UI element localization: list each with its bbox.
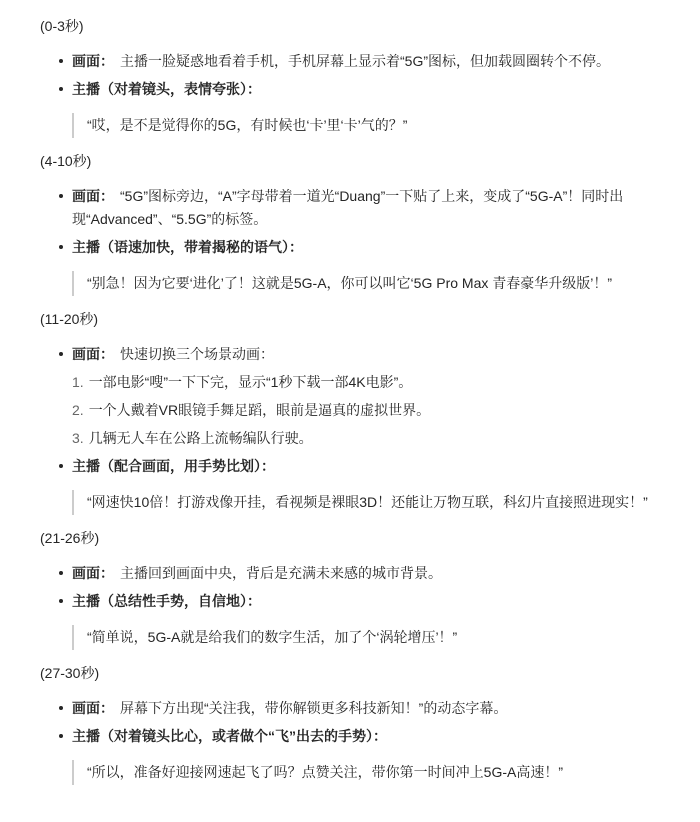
time-range: (4-10秒) (40, 150, 660, 173)
dialogue-quote: “简单说，5G-A就是给我们的数字生活，加了个‘涡轮增压’！” (72, 625, 660, 650)
screen-text: 屏幕下方出现“关注我，带你解锁更多科技新知！”的动态字幕。 (120, 700, 507, 716)
host-point: 主播（对着镜头，表情夸张）： (72, 78, 660, 101)
host-label: 主播（总结性手势，自信地）： (72, 593, 261, 609)
scene-number: 2. (72, 402, 84, 418)
screen-text: 主播一脸疑惑地看着手机，手机屏幕上显示着“5G”图标，但加载圆圈转个不停。 (120, 53, 610, 69)
script-section-3: (11-20秒) 画面：快速切换三个场景动画： 1.一部电影“嗖”一下下完，显示… (40, 308, 660, 515)
point-list: 画面：主播一脸疑惑地看着手机，手机屏幕上显示着“5G”图标，但加载圆圈转个不停。… (40, 50, 660, 101)
host-point: 主播（语速加快，带着揭秘的语气）： (72, 236, 660, 259)
dialogue-text: “网速快10倍！打游戏像开挂，看视频是裸眼3D！还能让万物互联，科幻片直接照进现… (87, 491, 660, 514)
script-document: (0-3秒) 画面：主播一脸疑惑地看着手机，手机屏幕上显示着“5G”图标，但加载… (0, 0, 700, 821)
script-section-4: (21-26秒) 画面：主播回到画面中央，背后是充满未来感的城市背景。 主播（总… (40, 527, 660, 650)
host-point: 主播（总结性手势，自信地）： (72, 590, 660, 613)
scene-item: 1.一部电影“嗖”一下下完，显示“1秒下载一部4K电影”。 (72, 371, 660, 394)
screen-point: 画面：主播回到画面中央，背后是充满未来感的城市背景。 (72, 562, 660, 585)
host-point: 主播（配合画面，用手势比划）： (72, 455, 660, 478)
dialogue-text: “哎，是不是觉得你的5G，有时候也‘卡’里‘卡’气的？” (87, 114, 660, 137)
dialogue-quote: “网速快10倍！打游戏像开挂，看视频是裸眼3D！还能让万物互联，科幻片直接照进现… (72, 490, 660, 515)
scene-number: 3. (72, 430, 84, 446)
dialogue-quote: “别急！因为它要‘进化’了！这就是5G-A，你可以叫它‘5G Pro Max 青… (72, 271, 660, 296)
dialogue-text: “简单说，5G-A就是给我们的数字生活，加了个‘涡轮增压’！” (87, 626, 660, 649)
screen-label: 画面： (72, 565, 114, 581)
dialogue-text: “别急！因为它要‘进化’了！这就是5G-A，你可以叫它‘5G Pro Max 青… (87, 272, 660, 295)
screen-label: 画面： (72, 53, 114, 69)
time-range: (27-30秒) (40, 662, 660, 685)
host-label: 主播（配合画面，用手势比划）： (72, 458, 275, 474)
dialogue-quote: “哎，是不是觉得你的5G，有时候也‘卡’里‘卡’气的？” (72, 113, 660, 138)
host-label: 主播（对着镜头比心，或者做个“飞”出去的手势）： (72, 728, 387, 744)
scene-text: 一部电影“嗖”一下下完，显示“1秒下载一部4K电影”。 (89, 374, 413, 390)
screen-text: “5G”图标旁边，“A”字母带着一道光“Duang”一下贴了上来，变成了“5G-… (72, 188, 623, 227)
scene-number: 1. (72, 374, 84, 390)
time-range: (0-3秒) (40, 15, 660, 38)
dialogue-quote: “所以，准备好迎接网速起飞了吗？点赞关注，带你第一时间冲上5G-A高速！” (72, 760, 660, 785)
time-range: (21-26秒) (40, 527, 660, 550)
screen-label: 画面： (72, 346, 114, 362)
point-list: 画面：“5G”图标旁边，“A”字母带着一道光“Duang”一下贴了上来，变成了“… (40, 185, 660, 259)
screen-point: 画面：快速切换三个场景动画： 1.一部电影“嗖”一下下完，显示“1秒下载一部4K… (72, 343, 660, 450)
point-list: 画面：快速切换三个场景动画： 1.一部电影“嗖”一下下完，显示“1秒下载一部4K… (40, 343, 660, 478)
script-section-2: (4-10秒) 画面：“5G”图标旁边，“A”字母带着一道光“Duang”一下贴… (40, 150, 660, 296)
screen-text: 主播回到画面中央，背后是充满未来感的城市背景。 (120, 565, 442, 581)
scene-text: 几辆无人车在公路上流畅编队行驶。 (89, 430, 313, 446)
script-section-5: (27-30秒) 画面：屏幕下方出现“关注我，带你解锁更多科技新知！”的动态字幕… (40, 662, 660, 785)
scene-item: 3.几辆无人车在公路上流畅编队行驶。 (72, 427, 660, 450)
screen-point: 画面：屏幕下方出现“关注我，带你解锁更多科技新知！”的动态字幕。 (72, 697, 660, 720)
scene-item: 2.一个人戴着VR眼镜手舞足蹈，眼前是逼真的虚拟世界。 (72, 399, 660, 422)
point-list: 画面：主播回到画面中央，背后是充满未来感的城市背景。 主播（总结性手势，自信地）… (40, 562, 660, 613)
screen-text: 快速切换三个场景动画： (120, 346, 274, 362)
scene-list: 1.一部电影“嗖”一下下完，显示“1秒下载一部4K电影”。 2.一个人戴着VR眼… (72, 371, 660, 450)
dialogue-text: “所以，准备好迎接网速起飞了吗？点赞关注，带你第一时间冲上5G-A高速！” (87, 761, 660, 784)
screen-point: 画面：“5G”图标旁边，“A”字母带着一道光“Duang”一下贴了上来，变成了“… (72, 185, 660, 231)
point-list: 画面：屏幕下方出现“关注我，带你解锁更多科技新知！”的动态字幕。 主播（对着镜头… (40, 697, 660, 748)
screen-label: 画面： (72, 700, 114, 716)
screen-label: 画面： (72, 188, 114, 204)
scene-text: 一个人戴着VR眼镜手舞足蹈，眼前是逼真的虚拟世界。 (89, 402, 430, 418)
host-label: 主播（对着镜头，表情夸张）： (72, 81, 261, 97)
host-label: 主播（语速加快，带着揭秘的语气）： (72, 239, 303, 255)
script-section-1: (0-3秒) 画面：主播一脸疑惑地看着手机，手机屏幕上显示着“5G”图标，但加载… (40, 15, 660, 138)
screen-point: 画面：主播一脸疑惑地看着手机，手机屏幕上显示着“5G”图标，但加载圆圈转个不停。 (72, 50, 660, 73)
host-point: 主播（对着镜头比心，或者做个“飞”出去的手势）： (72, 725, 660, 748)
time-range: (11-20秒) (40, 308, 660, 331)
